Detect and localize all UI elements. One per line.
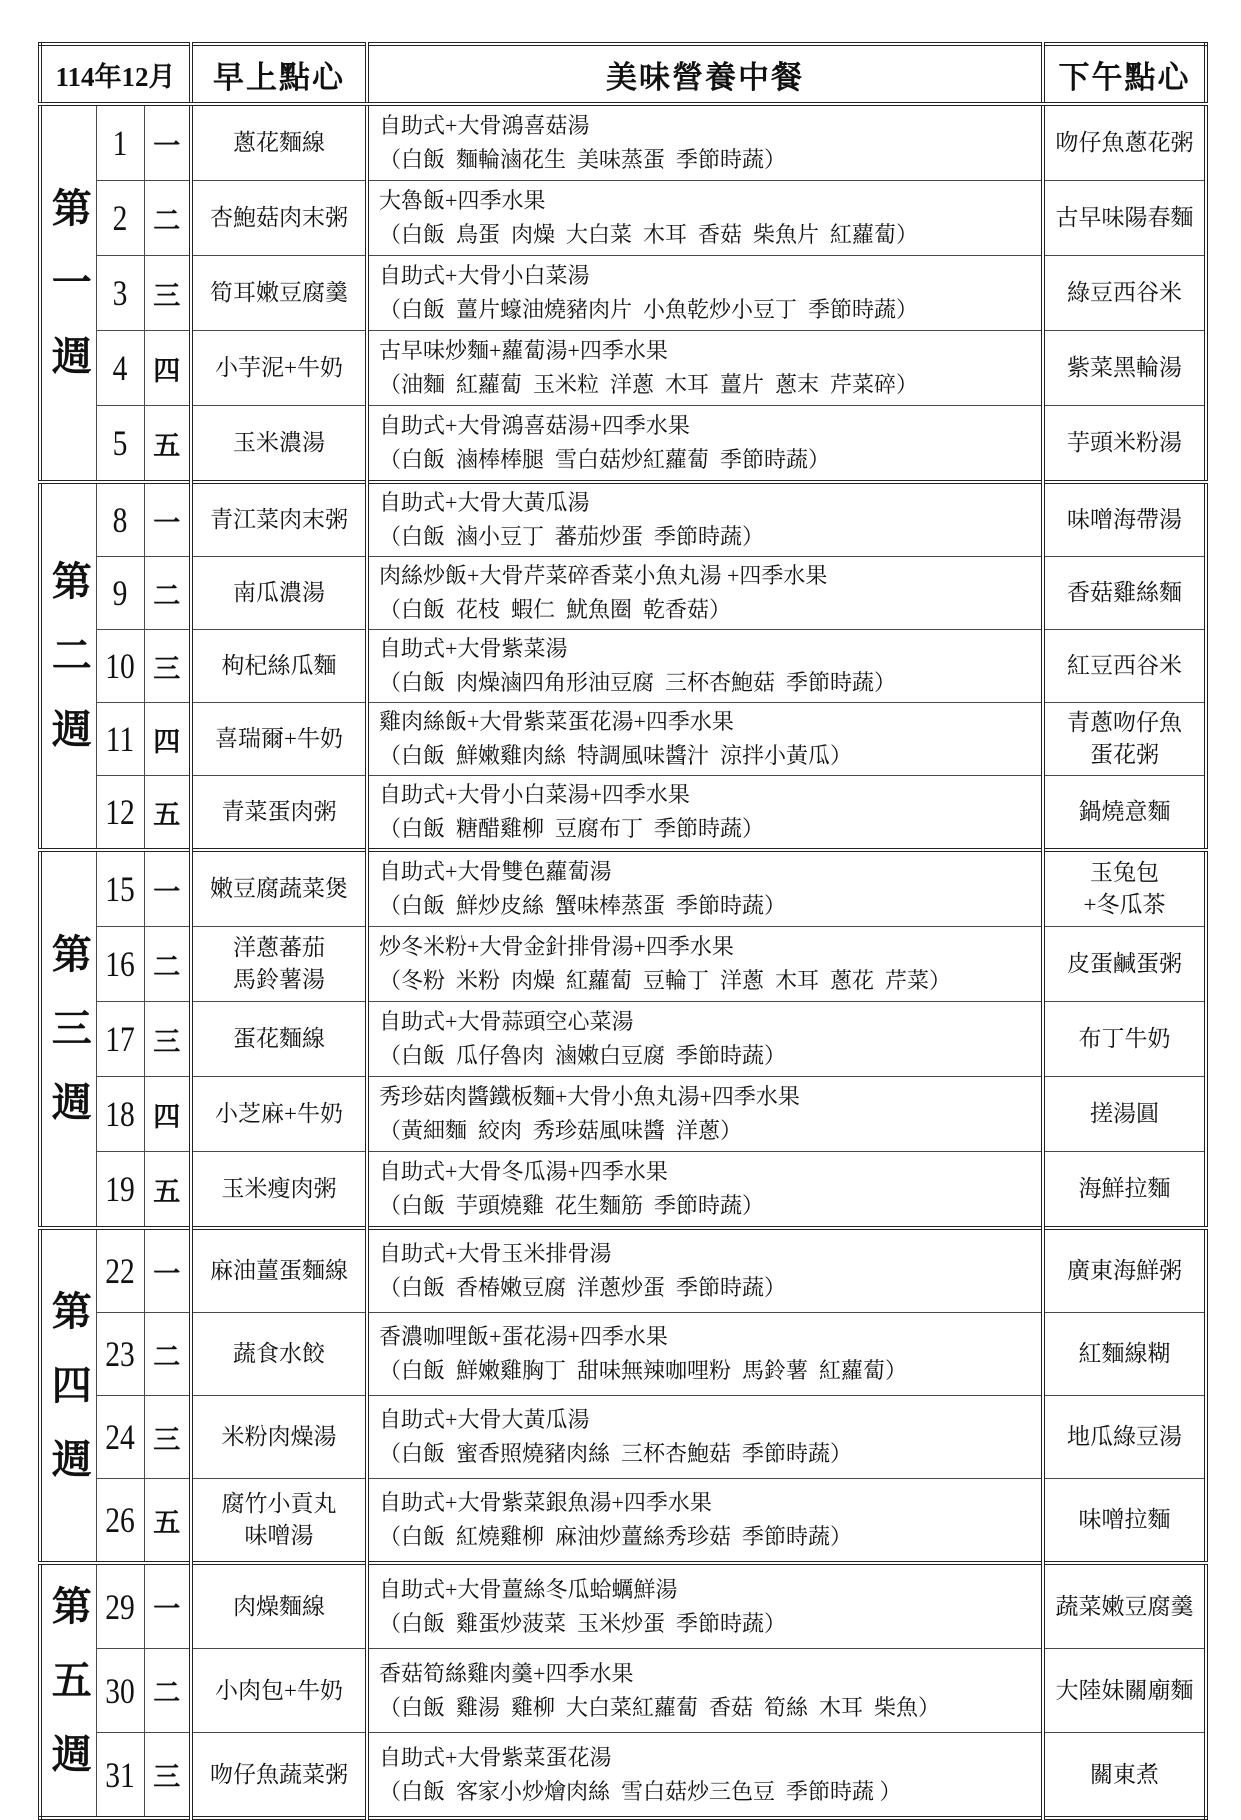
afternoon-snack-header: 下午點心 — [1043, 44, 1206, 104]
morning-snack-cell: 蔬食水餃 — [191, 1313, 367, 1396]
lunch-cell: 自助式+大骨紫菜湯 （白飯 肉燥滷四角形油豆腐 三杯杏鮑菇 季節時蔬） — [367, 630, 1043, 703]
table-row: 24 三 米粉肉燥湯 自助式+大骨大黃瓜湯 （白飯 蜜香照燒豬肉絲 三杯杏鮑菇 … — [40, 1396, 1206, 1479]
date-cell: 29 — [100, 1563, 139, 1649]
afternoon-snack-cell: 鍋燒意麵 — [1043, 776, 1206, 851]
weekday-cell: 五 — [144, 776, 191, 851]
table-row: 10 三 枸杞絲瓜麵 自助式+大骨紫菜湯 （白飯 肉燥滷四角形油豆腐 三杯杏鮑菇… — [40, 630, 1206, 703]
afternoon-snack-cell: 搓湯圓 — [1043, 1077, 1206, 1152]
table-row: 23 二 蔬食水餃 香濃咖哩飯+蛋花湯+四季水果 （白飯 鮮嫩雞胸丁 甜味無辣咖… — [40, 1313, 1206, 1396]
table-row: 第一週 1 一 蔥花麵線 自助式+大骨鴻喜菇湯 （白飯 麵輪滷花生 美味蒸蛋 季… — [40, 104, 1206, 181]
table-row: 第四週 22 一 麻油薑蛋麵線 自助式+大骨玉米排骨湯 （白飯 香椿嫩豆腐 洋蔥… — [40, 1228, 1206, 1313]
afternoon-snack-cell: 芋頭米粉湯 — [1043, 406, 1206, 483]
morning-snack-cell: 玉米濃湯 — [191, 406, 367, 483]
afternoon-snack-cell: 皮蛋鹹蛋粥 — [1043, 927, 1206, 1002]
morning-snack-cell: 米粉肉燥湯 — [191, 1396, 367, 1479]
weekday-cell: 五 — [144, 406, 191, 483]
lunch-cell: 自助式+大骨大黃瓜湯 （白飯 蜜香照燒豬肉絲 三杯杏鮑菇 季節時蔬） — [367, 1396, 1043, 1479]
afternoon-snack-cell: 青蔥吻仔魚 蛋花粥 — [1043, 703, 1206, 776]
afternoon-snack-cell: 紅豆西谷米 — [1043, 630, 1206, 703]
weekday-cell: 二 — [144, 1649, 191, 1733]
lunch-cell: 秀珍菇肉醬鐵板麵+大骨小魚丸湯+四季水果 （黃細麵 絞肉 秀珍菇風味醬 洋蔥） — [367, 1077, 1043, 1152]
date-cell: 23 — [100, 1313, 139, 1396]
header-row: 114年12月 早上點心 美味營養中餐 下午點心 — [40, 44, 1206, 104]
table-row: 第五週 29 一 肉燥麵線 自助式+大骨薑絲冬瓜蛤蠣鮮湯 （白飯 雞蛋炒菠菜 玉… — [40, 1563, 1206, 1649]
afternoon-snack-cell: 古早味陽春麵 — [1043, 181, 1206, 256]
afternoon-snack-cell: 關東煮 — [1043, 1733, 1206, 1819]
date-cell: 3 — [100, 256, 139, 331]
weekday-cell: 三 — [144, 630, 191, 703]
weekday-cell: 一 — [144, 850, 191, 927]
afternoon-snack-cell: 紫菜黑輪湯 — [1043, 331, 1206, 406]
table-row: 3 三 筍耳嫩豆腐羹 自助式+大骨小白菜湯 （白飯 薑片蠔油燒豬肉片 小魚乾炒小… — [40, 256, 1206, 331]
morning-snack-cell: 南瓜濃湯 — [191, 557, 367, 630]
lunch-cell: 自助式+大骨紫菜蛋花湯 （白飯 客家小炒燴肉絲 雪白菇炒三色豆 季節時蔬 ） — [367, 1733, 1043, 1819]
week-label: 第四週 — [40, 1228, 96, 1563]
afternoon-snack-cell: 大陸妹關廟麵 — [1043, 1649, 1206, 1733]
morning-snack-cell: 青菜蛋肉粥 — [191, 776, 367, 851]
afternoon-snack-cell: 味噌海帶湯 — [1043, 482, 1206, 557]
weekday-cell: 三 — [144, 1396, 191, 1479]
weekday-cell: 一 — [144, 1563, 191, 1649]
date-cell: 8 — [100, 482, 139, 557]
date-cell: 18 — [100, 1077, 139, 1152]
morning-snack-cell: 麻油薑蛋麵線 — [191, 1228, 367, 1313]
weekday-cell: 二 — [144, 927, 191, 1002]
lunch-cell: 雞肉絲飯+大骨紫菜蛋花湯+四季水果 （白飯 鮮嫩雞肉絲 特調風味醬汁 涼拌小黃瓜… — [367, 703, 1043, 776]
lunch-header: 美味營養中餐 — [367, 44, 1043, 104]
weekday-cell: 三 — [144, 256, 191, 331]
morning-snack-cell: 小芝麻+牛奶 — [191, 1077, 367, 1152]
afternoon-snack-cell: 吻仔魚蔥花粥 — [1043, 104, 1206, 181]
week-label: 第二週 — [40, 482, 96, 850]
table-row: 5 五 玉米濃湯 自助式+大骨鴻喜菇湯+四季水果 （白飯 滷棒棒腿 雪白菇炒紅蘿… — [40, 406, 1206, 483]
lunch-cell: 自助式+大骨薑絲冬瓜蛤蠣鮮湯 （白飯 雞蛋炒菠菜 玉米炒蛋 季節時蔬） — [367, 1563, 1043, 1649]
morning-snack-cell: 枸杞絲瓜麵 — [191, 630, 367, 703]
lunch-cell: 自助式+大骨蒜頭空心菜湯 （白飯 瓜仔魯肉 滷嫩白豆腐 季節時蔬） — [367, 1002, 1043, 1077]
date-cell: 31 — [100, 1733, 139, 1819]
date-cell: 11 — [100, 703, 139, 776]
morning-snack-cell: 青江菜肉末粥 — [191, 482, 367, 557]
date-cell: 1 — [100, 104, 139, 181]
morning-snack-cell: 杏鮑菇肉末粥 — [191, 181, 367, 256]
morning-snack-cell: 吻仔魚蔬菜粥 — [191, 1733, 367, 1819]
week-label: 第三週 — [40, 850, 96, 1228]
morning-snack-cell: 小肉包+牛奶 — [191, 1649, 367, 1733]
weekday-cell: 一 — [144, 1228, 191, 1313]
lunch-cell: 自助式+大骨小白菜湯 （白飯 薑片蠔油燒豬肉片 小魚乾炒小豆丁 季節時蔬） — [367, 256, 1043, 331]
lunch-cell: 自助式+大骨小白菜湯+四季水果 （白飯 糖醋雞柳 豆腐布丁 季節時蔬） — [367, 776, 1043, 851]
date-cell: 17 — [100, 1002, 139, 1077]
lunch-cell: 香菇筍絲雞肉羹+四季水果 （白飯 雞湯 雞柳 大白菜紅蘿蔔 香菇 筍絲 木耳 柴… — [367, 1649, 1043, 1733]
morning-snack-cell: 玉米瘦肉粥 — [191, 1152, 367, 1229]
morning-snack-cell: 腐竹小貢丸 味噌湯 — [191, 1479, 367, 1564]
afternoon-snack-cell: 海鮮拉麵 — [1043, 1152, 1206, 1229]
lunch-cell: 炒冬米粉+大骨金針排骨湯+四季水果 （冬粉 米粉 肉燥 紅蘿蔔 豆輪丁 洋蔥 木… — [367, 927, 1043, 1002]
table-row: 11 四 喜瑞爾+牛奶 雞肉絲飯+大骨紫菜蛋花湯+四季水果 （白飯 鮮嫩雞肉絲 … — [40, 703, 1206, 776]
table-row: 9 二 南瓜濃湯 肉絲炒飯+大骨芹菜碎香菜小魚丸湯 +四季水果 （白飯 花枝 蝦… — [40, 557, 1206, 630]
lunch-cell: 自助式+大骨玉米排骨湯 （白飯 香椿嫩豆腐 洋蔥炒蛋 季節時蔬） — [367, 1228, 1043, 1313]
table-row: 第二週 8 一 青江菜肉末粥 自助式+大骨大黃瓜湯 （白飯 滷小豆丁 蕃茄炒蛋 … — [40, 482, 1206, 557]
morning-snack-cell: 嫩豆腐蔬菜煲 — [191, 850, 367, 927]
afternoon-snack-cell: 廣東海鮮粥 — [1043, 1228, 1206, 1313]
lunch-cell: 大魯飯+四季水果 （白飯 鳥蛋 肉燥 大白菜 木耳 香菇 柴魚片 紅蘿蔔） — [367, 181, 1043, 256]
date-cell: 15 — [100, 850, 139, 927]
table-row: 30 二 小肉包+牛奶 香菇筍絲雞肉羹+四季水果 （白飯 雞湯 雞柳 大白菜紅蘿… — [40, 1649, 1206, 1733]
afternoon-snack-cell: 綠豆西谷米 — [1043, 256, 1206, 331]
date-cell: 5 — [100, 406, 139, 483]
lunch-cell: 自助式+大骨鴻喜菇湯+四季水果 （白飯 滷棒棒腿 雪白菇炒紅蘿蔔 季節時蔬） — [367, 406, 1043, 483]
table-row: 4 四 小芋泥+牛奶 古早味炒麵+蘿蔔湯+四季水果 （油麵 紅蘿蔔 玉米粒 洋蔥… — [40, 331, 1206, 406]
date-cell: 16 — [100, 927, 139, 1002]
morning-snack-cell: 洋蔥蕃茄 馬鈴薯湯 — [191, 927, 367, 1002]
afternoon-snack-cell: 香菇雞絲麵 — [1043, 557, 1206, 630]
morning-snack-cell: 小芋泥+牛奶 — [191, 331, 367, 406]
lunch-cell: 自助式+大骨鴻喜菇湯 （白飯 麵輪滷花生 美味蒸蛋 季節時蔬） — [367, 104, 1043, 181]
table-row: 17 三 蛋花麵線 自助式+大骨蒜頭空心菜湯 （白飯 瓜仔魯肉 滷嫩白豆腐 季節… — [40, 1002, 1206, 1077]
weekday-cell: 三 — [144, 1002, 191, 1077]
weekday-cell: 二 — [144, 557, 191, 630]
table-row: 18 四 小芝麻+牛奶 秀珍菇肉醬鐵板麵+大骨小魚丸湯+四季水果 （黃細麵 絞肉… — [40, 1077, 1206, 1152]
weekday-cell: 四 — [144, 703, 191, 776]
lunch-cell: 肉絲炒飯+大骨芹菜碎香菜小魚丸湯 +四季水果 （白飯 花枝 蝦仁 魷魚圈 乾香菇… — [367, 557, 1043, 630]
menu-table: 114年12月 早上點心 美味營養中餐 下午點心 第一週 1 一 蔥花麵線 自助… — [38, 42, 1208, 1820]
afternoon-snack-cell: 地瓜綠豆湯 — [1043, 1396, 1206, 1479]
table-row: 16 二 洋蔥蕃茄 馬鈴薯湯 炒冬米粉+大骨金針排骨湯+四季水果 （冬粉 米粉 … — [40, 927, 1206, 1002]
weekday-cell: 三 — [144, 1733, 191, 1819]
weekday-cell: 一 — [144, 104, 191, 181]
weekday-cell: 二 — [144, 1313, 191, 1396]
table-row: 26 五 腐竹小貢丸 味噌湯 自助式+大骨紫菜銀魚湯+四季水果 （白飯 紅燒雞柳… — [40, 1479, 1206, 1564]
morning-snack-header: 早上點心 — [191, 44, 367, 104]
date-cell: 19 — [100, 1152, 139, 1229]
week-label: 第五週 — [40, 1563, 96, 1818]
afternoon-snack-cell: 味噌拉麵 — [1043, 1479, 1206, 1564]
week-label: 第一週 — [40, 104, 96, 482]
date-cell: 30 — [100, 1649, 139, 1733]
table-row: 12 五 青菜蛋肉粥 自助式+大骨小白菜湯+四季水果 （白飯 糖醋雞柳 豆腐布丁… — [40, 776, 1206, 851]
lunch-cell: 自助式+大骨冬瓜湯+四季水果 （白飯 芋頭燒雞 花生麵筋 季節時蔬） — [367, 1152, 1043, 1229]
lunch-cell: 自助式+大骨雙色蘿蔔湯 （白飯 鮮炒皮絲 蟹味棒蒸蛋 季節時蔬） — [367, 850, 1043, 927]
month-header: 114年12月 — [40, 44, 191, 104]
afternoon-snack-cell: 玉兔包 +冬瓜茶 — [1043, 850, 1206, 927]
weekday-cell: 四 — [144, 331, 191, 406]
date-cell: 26 — [100, 1479, 139, 1564]
afternoon-snack-cell: 布丁牛奶 — [1043, 1002, 1206, 1077]
morning-snack-cell: 蛋花麵線 — [191, 1002, 367, 1077]
lunch-cell: 香濃咖哩飯+蛋花湯+四季水果 （白飯 鮮嫩雞胸丁 甜味無辣咖哩粉 馬鈴薯 紅蘿蔔… — [367, 1313, 1043, 1396]
morning-snack-cell: 肉燥麵線 — [191, 1563, 367, 1649]
table-row: 31 三 吻仔魚蔬菜粥 自助式+大骨紫菜蛋花湯 （白飯 客家小炒燴肉絲 雪白菇炒… — [40, 1733, 1206, 1819]
date-cell: 10 — [100, 630, 139, 703]
date-cell: 22 — [100, 1228, 139, 1313]
date-cell: 24 — [100, 1396, 139, 1479]
lunch-cell: 自助式+大骨大黃瓜湯 （白飯 滷小豆丁 蕃茄炒蛋 季節時蔬） — [367, 482, 1043, 557]
morning-snack-cell: 喜瑞爾+牛奶 — [191, 703, 367, 776]
weekday-cell: 四 — [144, 1077, 191, 1152]
lunch-cell: 自助式+大骨紫菜銀魚湯+四季水果 （白飯 紅燒雞柳 麻油炒薑絲秀珍菇 季節時蔬） — [367, 1479, 1043, 1564]
date-cell: 12 — [100, 776, 139, 851]
afternoon-snack-cell: 紅麵線糊 — [1043, 1313, 1206, 1396]
weekday-cell: 二 — [144, 181, 191, 256]
morning-snack-cell: 筍耳嫩豆腐羹 — [191, 256, 367, 331]
lunch-cell: 古早味炒麵+蘿蔔湯+四季水果 （油麵 紅蘿蔔 玉米粒 洋蔥 木耳 薑片 蔥末 芹… — [367, 331, 1043, 406]
table-row: 19 五 玉米瘦肉粥 自助式+大骨冬瓜湯+四季水果 （白飯 芋頭燒雞 花生麵筋 … — [40, 1152, 1206, 1229]
table-row: 第三週 15 一 嫩豆腐蔬菜煲 自助式+大骨雙色蘿蔔湯 （白飯 鮮炒皮絲 蟹味棒… — [40, 850, 1206, 927]
afternoon-snack-cell: 蔬菜嫩豆腐羹 — [1043, 1563, 1206, 1649]
weekday-cell: 五 — [144, 1152, 191, 1229]
date-cell: 2 — [100, 181, 139, 256]
date-cell: 4 — [100, 331, 139, 406]
weekday-cell: 一 — [144, 482, 191, 557]
date-cell: 9 — [100, 557, 139, 630]
table-row: 2 二 杏鮑菇肉末粥 大魯飯+四季水果 （白飯 鳥蛋 肉燥 大白菜 木耳 香菇 … — [40, 181, 1206, 256]
weekday-cell: 五 — [144, 1479, 191, 1564]
morning-snack-cell: 蔥花麵線 — [191, 104, 367, 181]
